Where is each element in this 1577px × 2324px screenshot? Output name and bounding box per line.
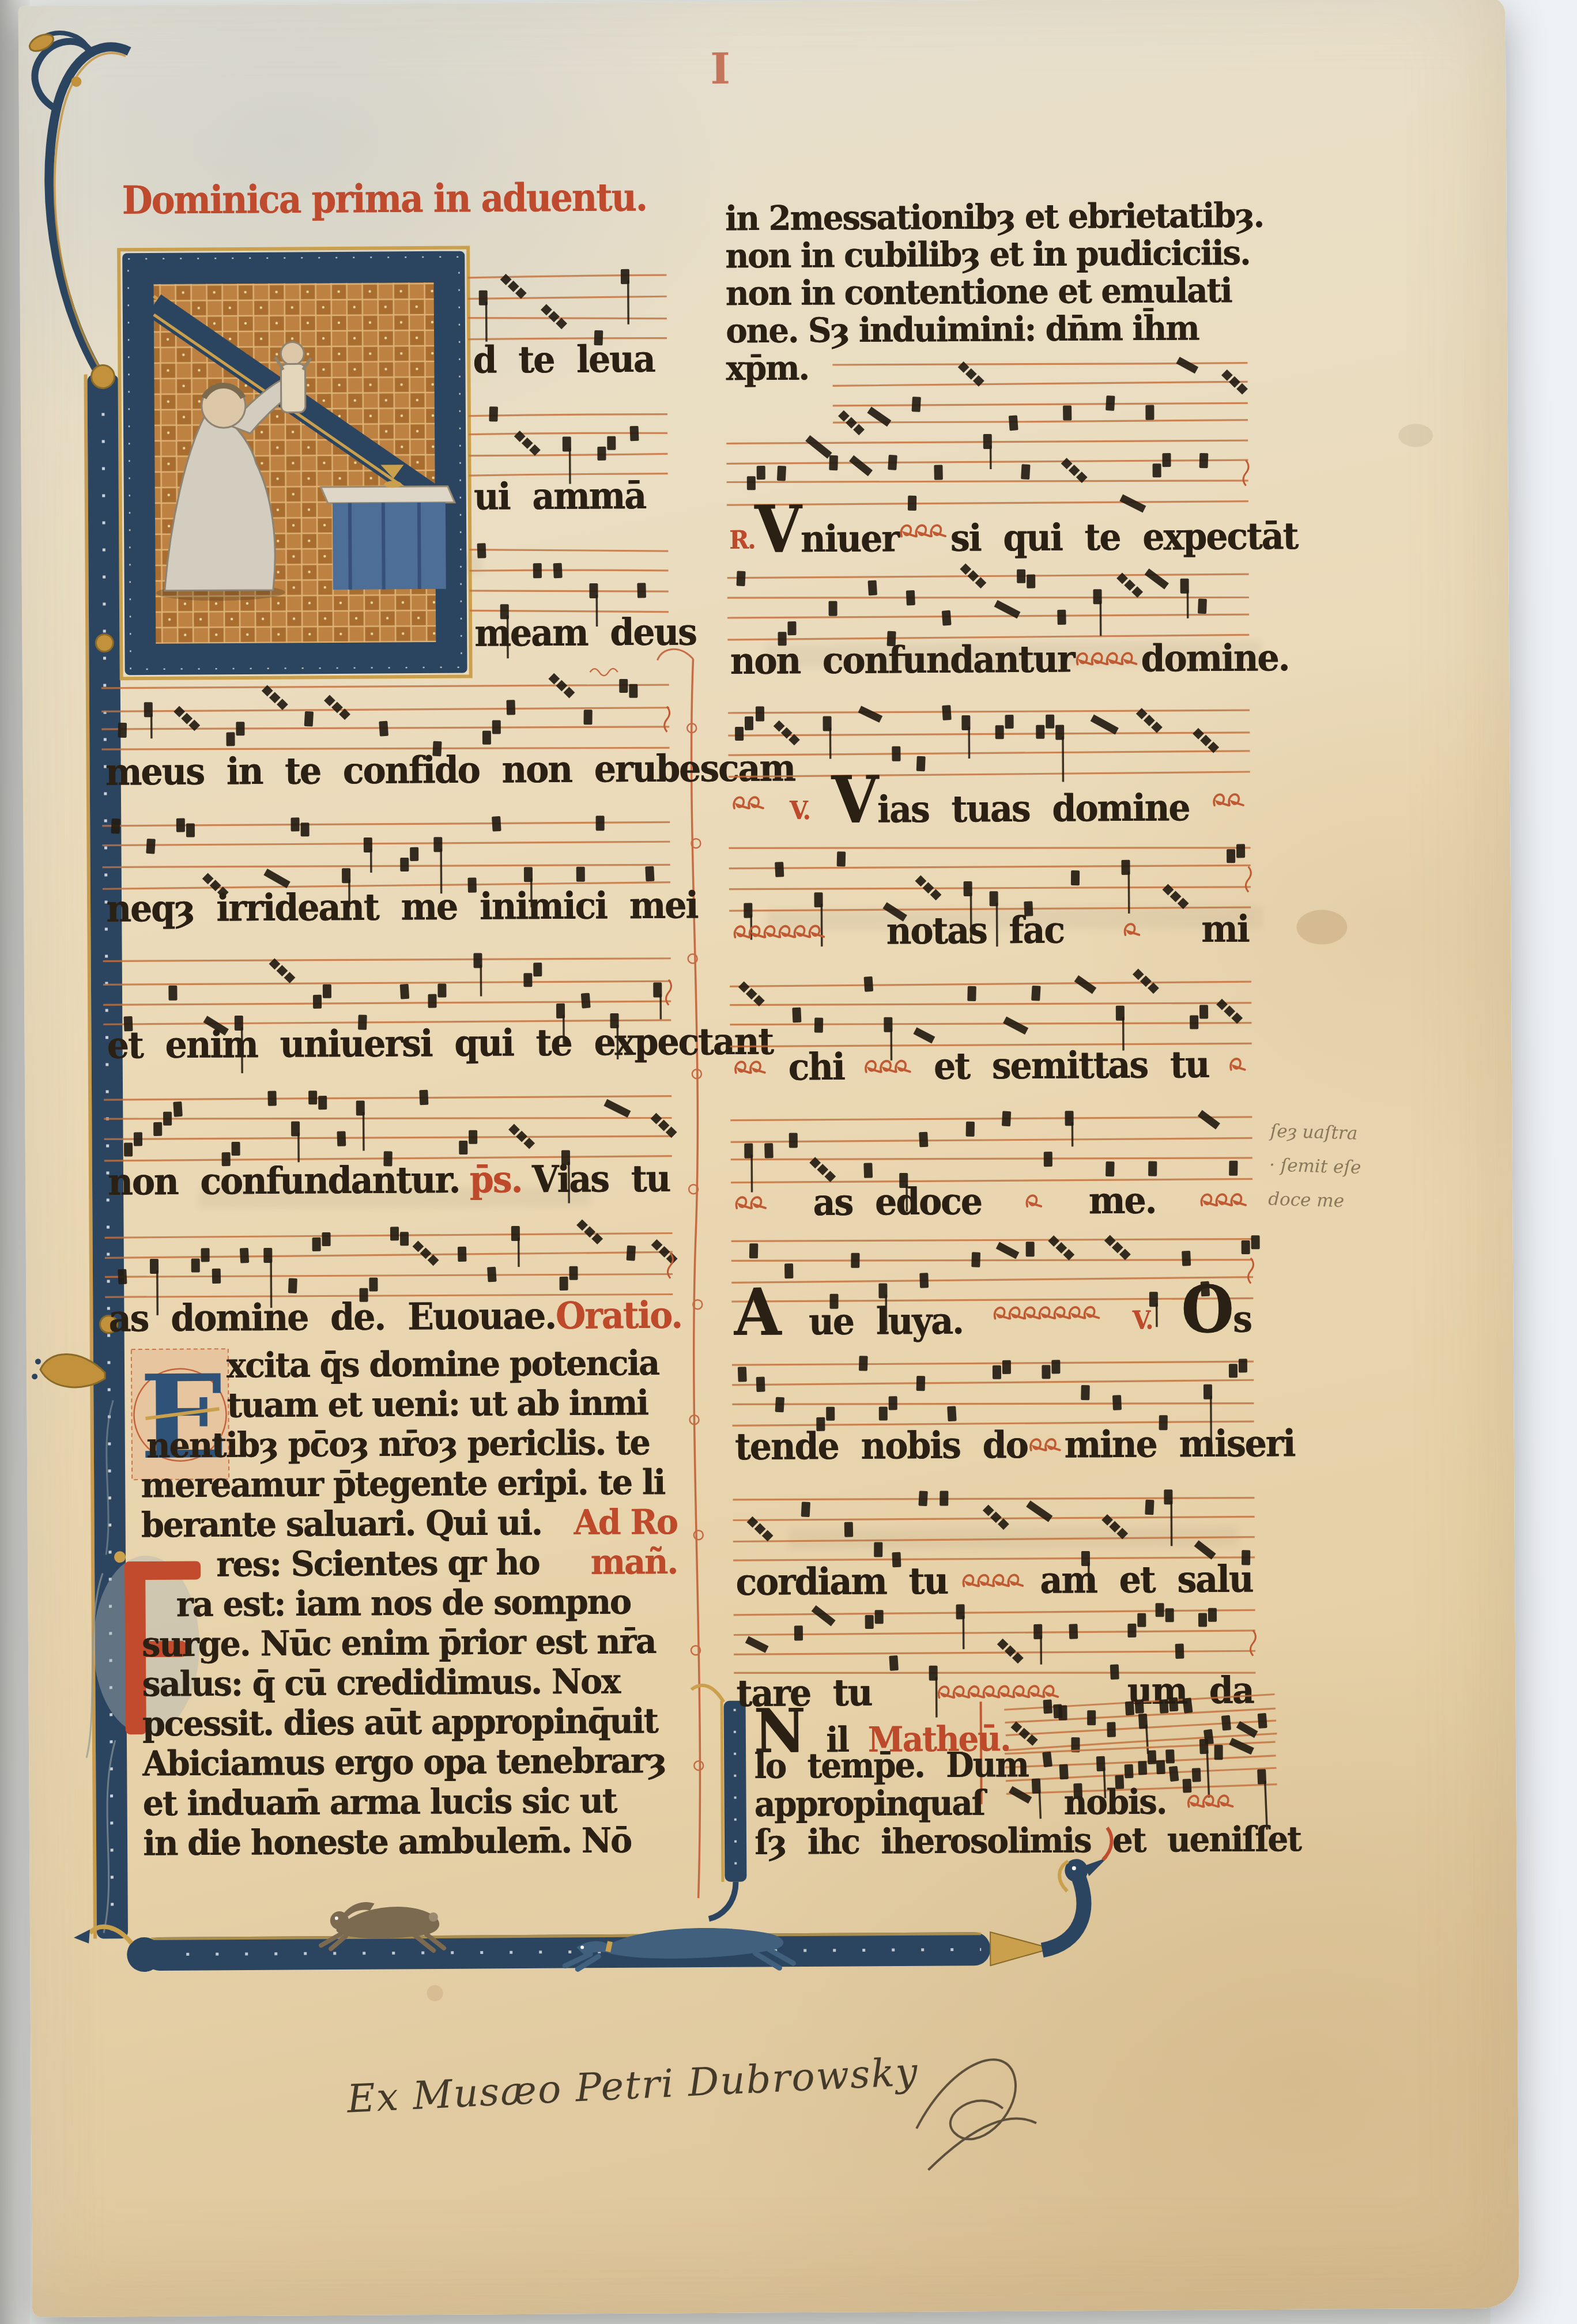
chant-word: Abiciamus ergo opa tenebrarȝ (142, 1744, 666, 1781)
chant-word: xp̄m. (726, 351, 809, 386)
chant-text-line: meus in te confido non erubescam (105, 750, 667, 791)
rubric-text: V. (790, 798, 810, 823)
chant-word: non confundantur (730, 641, 1074, 680)
chant-word: am et salu (1040, 1561, 1252, 1599)
chant-text-line: notas facmi (731, 911, 1248, 951)
marginal-note-line: ſeȝ uaſtra (1270, 1114, 1461, 1153)
prose-line: nentibȝ pc̄oȝ nr̄oȝ periclis. te (146, 1425, 677, 1463)
red-loop-filler (1186, 1790, 1238, 1813)
gospel-text-line: appropinquaſnobis. (754, 1784, 1252, 1821)
page-title-rubric: Dominica prima in aduentu. (122, 175, 686, 223)
chant-text-line: meam deus (474, 614, 670, 652)
chant-text-line: as edoceme. (733, 1182, 1250, 1222)
chant-word: pcessit. dies aūt appropinq̄uit (142, 1704, 658, 1741)
marginal-note: ſeȝ uaſtra · ſemit eſe doce me (1267, 1114, 1461, 1221)
chant-text-line: d te leua (473, 341, 669, 379)
chant-word: ui ammā (474, 477, 646, 515)
chant-word: non in cubilibȝ et in pudiciciis. (725, 236, 1250, 273)
prose-line: salus: q̄ cū credidimus. Nox (142, 1664, 678, 1702)
prose-line: non in contentione et emulati (725, 273, 1247, 310)
chant-word: nentibȝ pc̄oȝ nr̄oȝ periclis. te (146, 1425, 650, 1463)
prose-line: et induam̄ arma lucis sic ut (142, 1783, 678, 1821)
chant-word: berante saluari. Qui ui. (141, 1506, 541, 1542)
rubric-text: V. (1132, 1308, 1152, 1333)
chant-text-line: as domine de. Euouae.Oratio. (108, 1297, 670, 1337)
rubric-text: p̄s. (470, 1161, 522, 1199)
chant-text-line: et enim uniuersi qui te expectant (107, 1024, 669, 1064)
gospel-text-line: lo temp̄e. Dum (754, 1748, 1002, 1784)
parchment-page: E (18, 0, 1519, 2317)
chant-word: non confundantur. (108, 1161, 460, 1201)
prose-line: pcessit. dies aūt appropinq̄uit (142, 1704, 678, 1742)
border-ascender-flourish (27, 31, 131, 386)
chant-word: one. Sȝ induimini: dn̄m ih̄m (726, 311, 1199, 348)
red-loop-filler (733, 1192, 770, 1214)
chant-text-line: neqȝ irrideant me inimici mei (106, 887, 668, 927)
prose-line: mereamur p̄tegente eripi. te li (141, 1465, 677, 1503)
red-loop-filler (1074, 648, 1141, 670)
chant-word: meam deus (474, 614, 696, 652)
chant-word: Os (1181, 1286, 1251, 1338)
chant-word: tuam et ueni: ut ab inmi (227, 1386, 648, 1423)
prose-line: in 2messationibȝ et ebrietatibȝ. (725, 198, 1247, 235)
chant-word: ſȝ ihc iherosolimis et ueniſſet (754, 1822, 1301, 1860)
prose-line: non in cubilibȝ et in pudiciciis. (725, 236, 1247, 273)
chant-word: neqȝ irrideant me inimici mei (106, 887, 697, 927)
chant-text-line: tende nobis domine miseri (735, 1425, 1252, 1466)
prose-line: res: Scientes qr homañ. (216, 1545, 677, 1582)
chant-word: d te leua (473, 341, 654, 379)
chant-word: Vias tu (532, 1160, 670, 1198)
rubric-text: Oratio. (556, 1297, 682, 1335)
chant-word: xcita q̄s domine potencia (227, 1346, 659, 1383)
chant-word: et enim uniuersi qui te expectant (107, 1023, 773, 1064)
prose-line: berante saluari. Qui ui.Ad Ro (141, 1505, 677, 1543)
red-loop-filler (731, 792, 768, 814)
red-loop-filler (1198, 1189, 1250, 1212)
chant-word: salus: q̄ cū credidimus. Nox (142, 1664, 620, 1701)
chant-word: et induam̄ arma lucis sic ut (142, 1783, 616, 1821)
chant-word: et semittas tu (934, 1047, 1209, 1085)
rubric-text: mañ. (590, 1545, 677, 1580)
chant-word: cordiam tu (735, 1563, 948, 1601)
red-loop-filler (1024, 1190, 1046, 1213)
rubric-text: Ad Ro (574, 1505, 677, 1540)
chant-word: ra est: iam nos de sompno (176, 1584, 631, 1622)
red-loop-filler (731, 920, 828, 944)
chant-word: chi (788, 1048, 844, 1086)
red-loop-filler (863, 1055, 915, 1078)
ex-libris-flourish (916, 2059, 1036, 2170)
chant-word: in die honeste ambulem̄. Nō (143, 1823, 631, 1861)
chant-word: res: Scientes qr ho (216, 1545, 539, 1582)
chant-word: mereamur p̄tegente eripi. te li (141, 1465, 665, 1503)
chant-word: in 2messationibȝ et ebrietatibȝ. (725, 198, 1263, 236)
prose-line: tuam et ueni: ut ab inmi (227, 1386, 676, 1423)
chant-word: appropinquaſ (754, 1786, 984, 1821)
chant-word: mi (1201, 911, 1249, 948)
chant-text-line: non confundantur.p̄s.Vias tu (108, 1160, 670, 1201)
chant-word: surge. Nūc enim p̄rior est nr̄a (142, 1624, 656, 1662)
prose-line: surge. Nūc enim p̄rior est nr̄a (142, 1624, 678, 1662)
red-loop-filler (1211, 789, 1248, 812)
chant-text-line: non confundanturdomine. (730, 640, 1247, 680)
red-loop-filler (898, 520, 950, 542)
chant-word: meus in te confido non erubescam (105, 750, 795, 791)
rubric-text: R. (729, 527, 754, 553)
manuscript-photo: { "page": { "folio_number": "I", "title"… (0, 0, 1577, 2324)
chant-text-line: chiet semittas tu (733, 1046, 1250, 1086)
miniature-initial-A (119, 248, 471, 679)
prose-line: in die honeste ambulem̄. Nō (143, 1823, 679, 1861)
prose-line: Abiciamus ergo opa tenebrarȝ (142, 1744, 678, 1782)
chant-word: lo temp̄e. Dum (754, 1748, 1028, 1784)
chant-word: Vias tuas domine (831, 775, 1189, 829)
red-loop-filler (991, 1302, 1103, 1325)
chant-word: as domine de. Euouae. (108, 1297, 556, 1337)
chant-text-line: R.Vniuersi qui te expectāt (729, 503, 1247, 558)
chant-word: notas fac (886, 912, 1064, 950)
chant-word: domine. (1141, 640, 1289, 678)
red-loop-filler (1027, 1434, 1064, 1457)
chant-text-line: Aue luya.V.Os (734, 1286, 1251, 1341)
folio-number: I (710, 44, 730, 94)
prose-line: xcita q̄s domine potencia (227, 1346, 676, 1383)
prose-line: ra est: iam nos de sompno (176, 1584, 677, 1622)
red-loop-filler (1122, 919, 1144, 941)
chant-text-line: V.Vias tuas domine (731, 774, 1248, 829)
chant-word: A (734, 1289, 780, 1341)
prose-line: one. Sȝ induimini: dn̄m ih̄m (726, 311, 1247, 348)
chant-word: me. (1088, 1182, 1156, 1220)
marginal-note-line: doce me (1267, 1182, 1459, 1221)
chant-word: as edoce (813, 1183, 982, 1221)
red-loop-filler (960, 1570, 1027, 1592)
marginal-note-line: · ſemit eſe (1269, 1148, 1460, 1187)
chant-text-line: cordiam tuam et salu (735, 1561, 1252, 1601)
chant-word: non in contentione et emulati (725, 274, 1231, 311)
chant-word: nobis. (1063, 1784, 1166, 1820)
red-loop-filler (733, 1057, 769, 1079)
gospel-text-line: ſȝ ihc iherosolimis et ueniſſet (754, 1822, 1253, 1859)
chant-text-line: ui ammā (474, 477, 670, 515)
red-loop-filler (1228, 1054, 1250, 1076)
chant-word: ue luya. (809, 1303, 963, 1341)
chant-word: mine miseri (1064, 1425, 1295, 1464)
chant-word: si qui te expectāt (950, 518, 1297, 557)
chant-word: Vniuer (754, 505, 899, 558)
chant-word: tende nobis do (735, 1427, 1028, 1465)
